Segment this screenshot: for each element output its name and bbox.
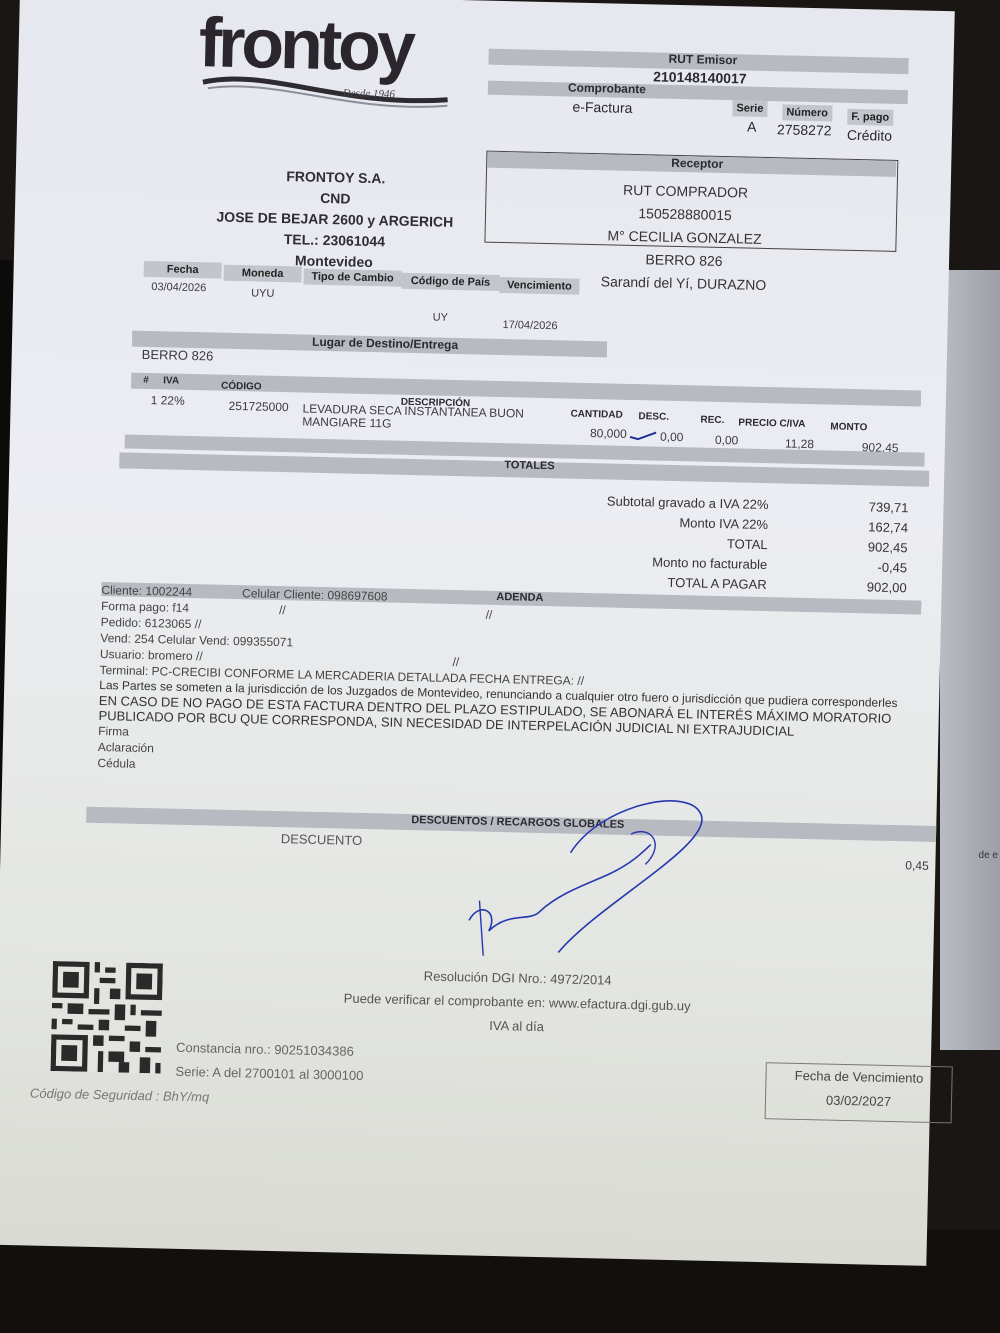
item-codigo: 251725000 [228, 399, 288, 414]
signature-icon [448, 790, 712, 966]
fecha-vencimiento-label: Fecha de Vencimiento [766, 1063, 951, 1091]
totales-title: TOTALES [504, 459, 555, 472]
adenda-block: Cliente: 1002244Celular Cliente: 0986976… [97, 582, 921, 790]
logo-tagline: Desde 1946 [343, 87, 396, 100]
items-header-precio: PRECIO C/IVA [738, 417, 805, 430]
totals-value: -0,45 [817, 558, 907, 580]
serie-label: Serie [732, 100, 767, 117]
totals-value: 162,74 [818, 518, 908, 540]
totals-value: 902,00 [816, 578, 906, 600]
info-fecha: 03/04/2026 [151, 281, 206, 294]
logo: frontoy [198, 2, 413, 87]
info-header-fecha: Fecha [144, 261, 222, 279]
item-cantidad: 80,000 [590, 426, 627, 441]
items-header-codigo: CÓDIGO [221, 381, 262, 393]
descuento-value: 0,45 [905, 858, 929, 873]
items-header-monto: MONTO [830, 421, 867, 433]
item-desc: 0,00 [660, 430, 684, 445]
pen-check-mark-icon [628, 429, 658, 442]
items-header-cantidad: CANTIDAD [570, 409, 622, 421]
receptor-title: Receptor [671, 156, 723, 171]
numero-label: Número [782, 104, 832, 121]
totals-block: Subtotal gravado a IVA 22%739,71 Monto I… [566, 493, 908, 601]
items-header-desc: DESC. [638, 411, 669, 423]
item-descripcion: LEVADURA SECA INSTANTANEA BUON MANGIARE … [302, 403, 553, 435]
adenda-separator: // [486, 608, 493, 622]
items-header-iva: IVA [163, 375, 179, 386]
adenda-separator: // [452, 655, 459, 669]
info-header-codigo-pais: Código de País [401, 273, 499, 291]
item-iva: 22% [161, 393, 185, 408]
item-num: 1 [151, 393, 158, 407]
fecha-vencimiento-value: 03/02/2027 [766, 1087, 951, 1115]
numero-value: 2758272 [777, 121, 832, 138]
qr-code-icon[interactable] [50, 961, 162, 1073]
table-row: 1 22% 251725000 LEVADURA SECA INSTANTANE… [20, 0, 955, 11]
rut-emisor-label: RUT Emisor [668, 52, 737, 68]
info-header-tipo-cambio: Tipo de Cambio [303, 269, 401, 287]
invoice-sheet: frontoy Desde 1946 RUT Emisor 2101481400… [0, 0, 955, 1266]
serie-rango: Serie: A del 2700101 al 3000100 [175, 1060, 363, 1088]
items-header-rec: REC. [700, 415, 724, 427]
adenda-usuario: Usuario: bromero // [100, 647, 203, 663]
constancia-block: Constancia nro.: 90251034386 Serie: A de… [175, 1036, 364, 1088]
totals-value: 739,71 [818, 498, 908, 520]
background-sheet-right [940, 270, 1000, 1050]
info-moneda: UYU [251, 287, 275, 300]
emisor-block: FRONTOY S.A. CND JOSE DE BEJAR 2600 y AR… [204, 164, 466, 275]
serie-value: A [747, 119, 757, 135]
comprobante-value: e-Factura [572, 99, 632, 116]
fecha-vencimiento-box: Fecha de Vencimiento 03/02/2027 [765, 1062, 953, 1123]
adenda-separator: // [279, 603, 286, 617]
fpago-value: Crédito [847, 127, 892, 144]
destino-value: BERRO 826 [142, 347, 214, 364]
fpago-label: F. pago [847, 109, 893, 126]
info-header-vencimiento: Vencimiento [499, 277, 579, 295]
comprobante-label: Comprobante [568, 80, 646, 96]
edge-text: de e [979, 850, 998, 861]
info-vencimiento: 17/04/2026 [502, 319, 557, 332]
adenda-cliente: Cliente: 1002244 [101, 583, 192, 599]
adenda-forma-pago: Forma pago: f14 [101, 599, 189, 615]
items-header-num: # [143, 375, 149, 386]
info-header-moneda: Moneda [223, 265, 301, 283]
item-rec: 0,00 [715, 433, 739, 448]
codigo-seguridad: Código de Seguridad : BhY/mq [30, 1086, 210, 1105]
totals-value: 902,45 [817, 538, 907, 560]
info-codigo-pais: UY [433, 311, 449, 323]
footer-block: Resolución DGI Nro.: 4972/2014 Puede ver… [276, 961, 758, 1044]
descuento-label: DESCUENTO [281, 831, 363, 848]
